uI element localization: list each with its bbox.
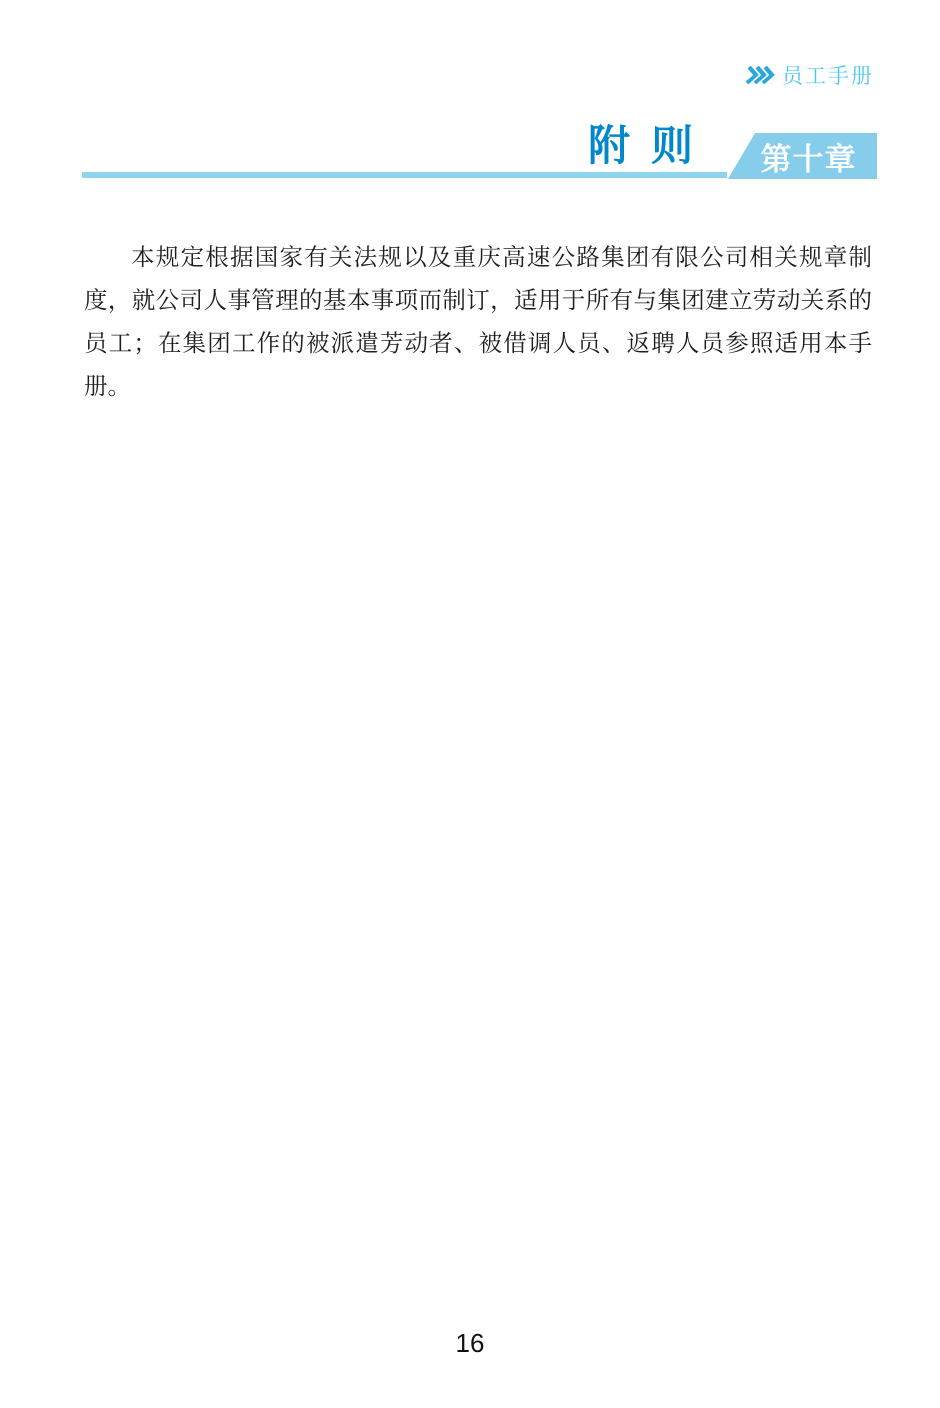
handbook-label: 员工手册 bbox=[782, 60, 874, 90]
page-number: 16 bbox=[0, 1328, 940, 1359]
header-rule bbox=[82, 172, 727, 178]
chapter-badge: 第十章 bbox=[728, 133, 877, 179]
document-page: 员工手册 附 则 第十章 本规定根据国家有关法规以及重庆高速公路集团有限公司相关… bbox=[0, 0, 940, 1408]
triple-chevron-right-icon bbox=[746, 66, 777, 84]
chapter-title: 附 则 bbox=[588, 124, 693, 168]
handbook-header: 员工手册 bbox=[747, 60, 874, 90]
body-paragraph: 本规定根据国家有关法规以及重庆高速公路集团有限公司相关规章制度，就公司人事管理的… bbox=[84, 236, 872, 408]
chapter-badge-label: 第十章 bbox=[761, 134, 857, 179]
